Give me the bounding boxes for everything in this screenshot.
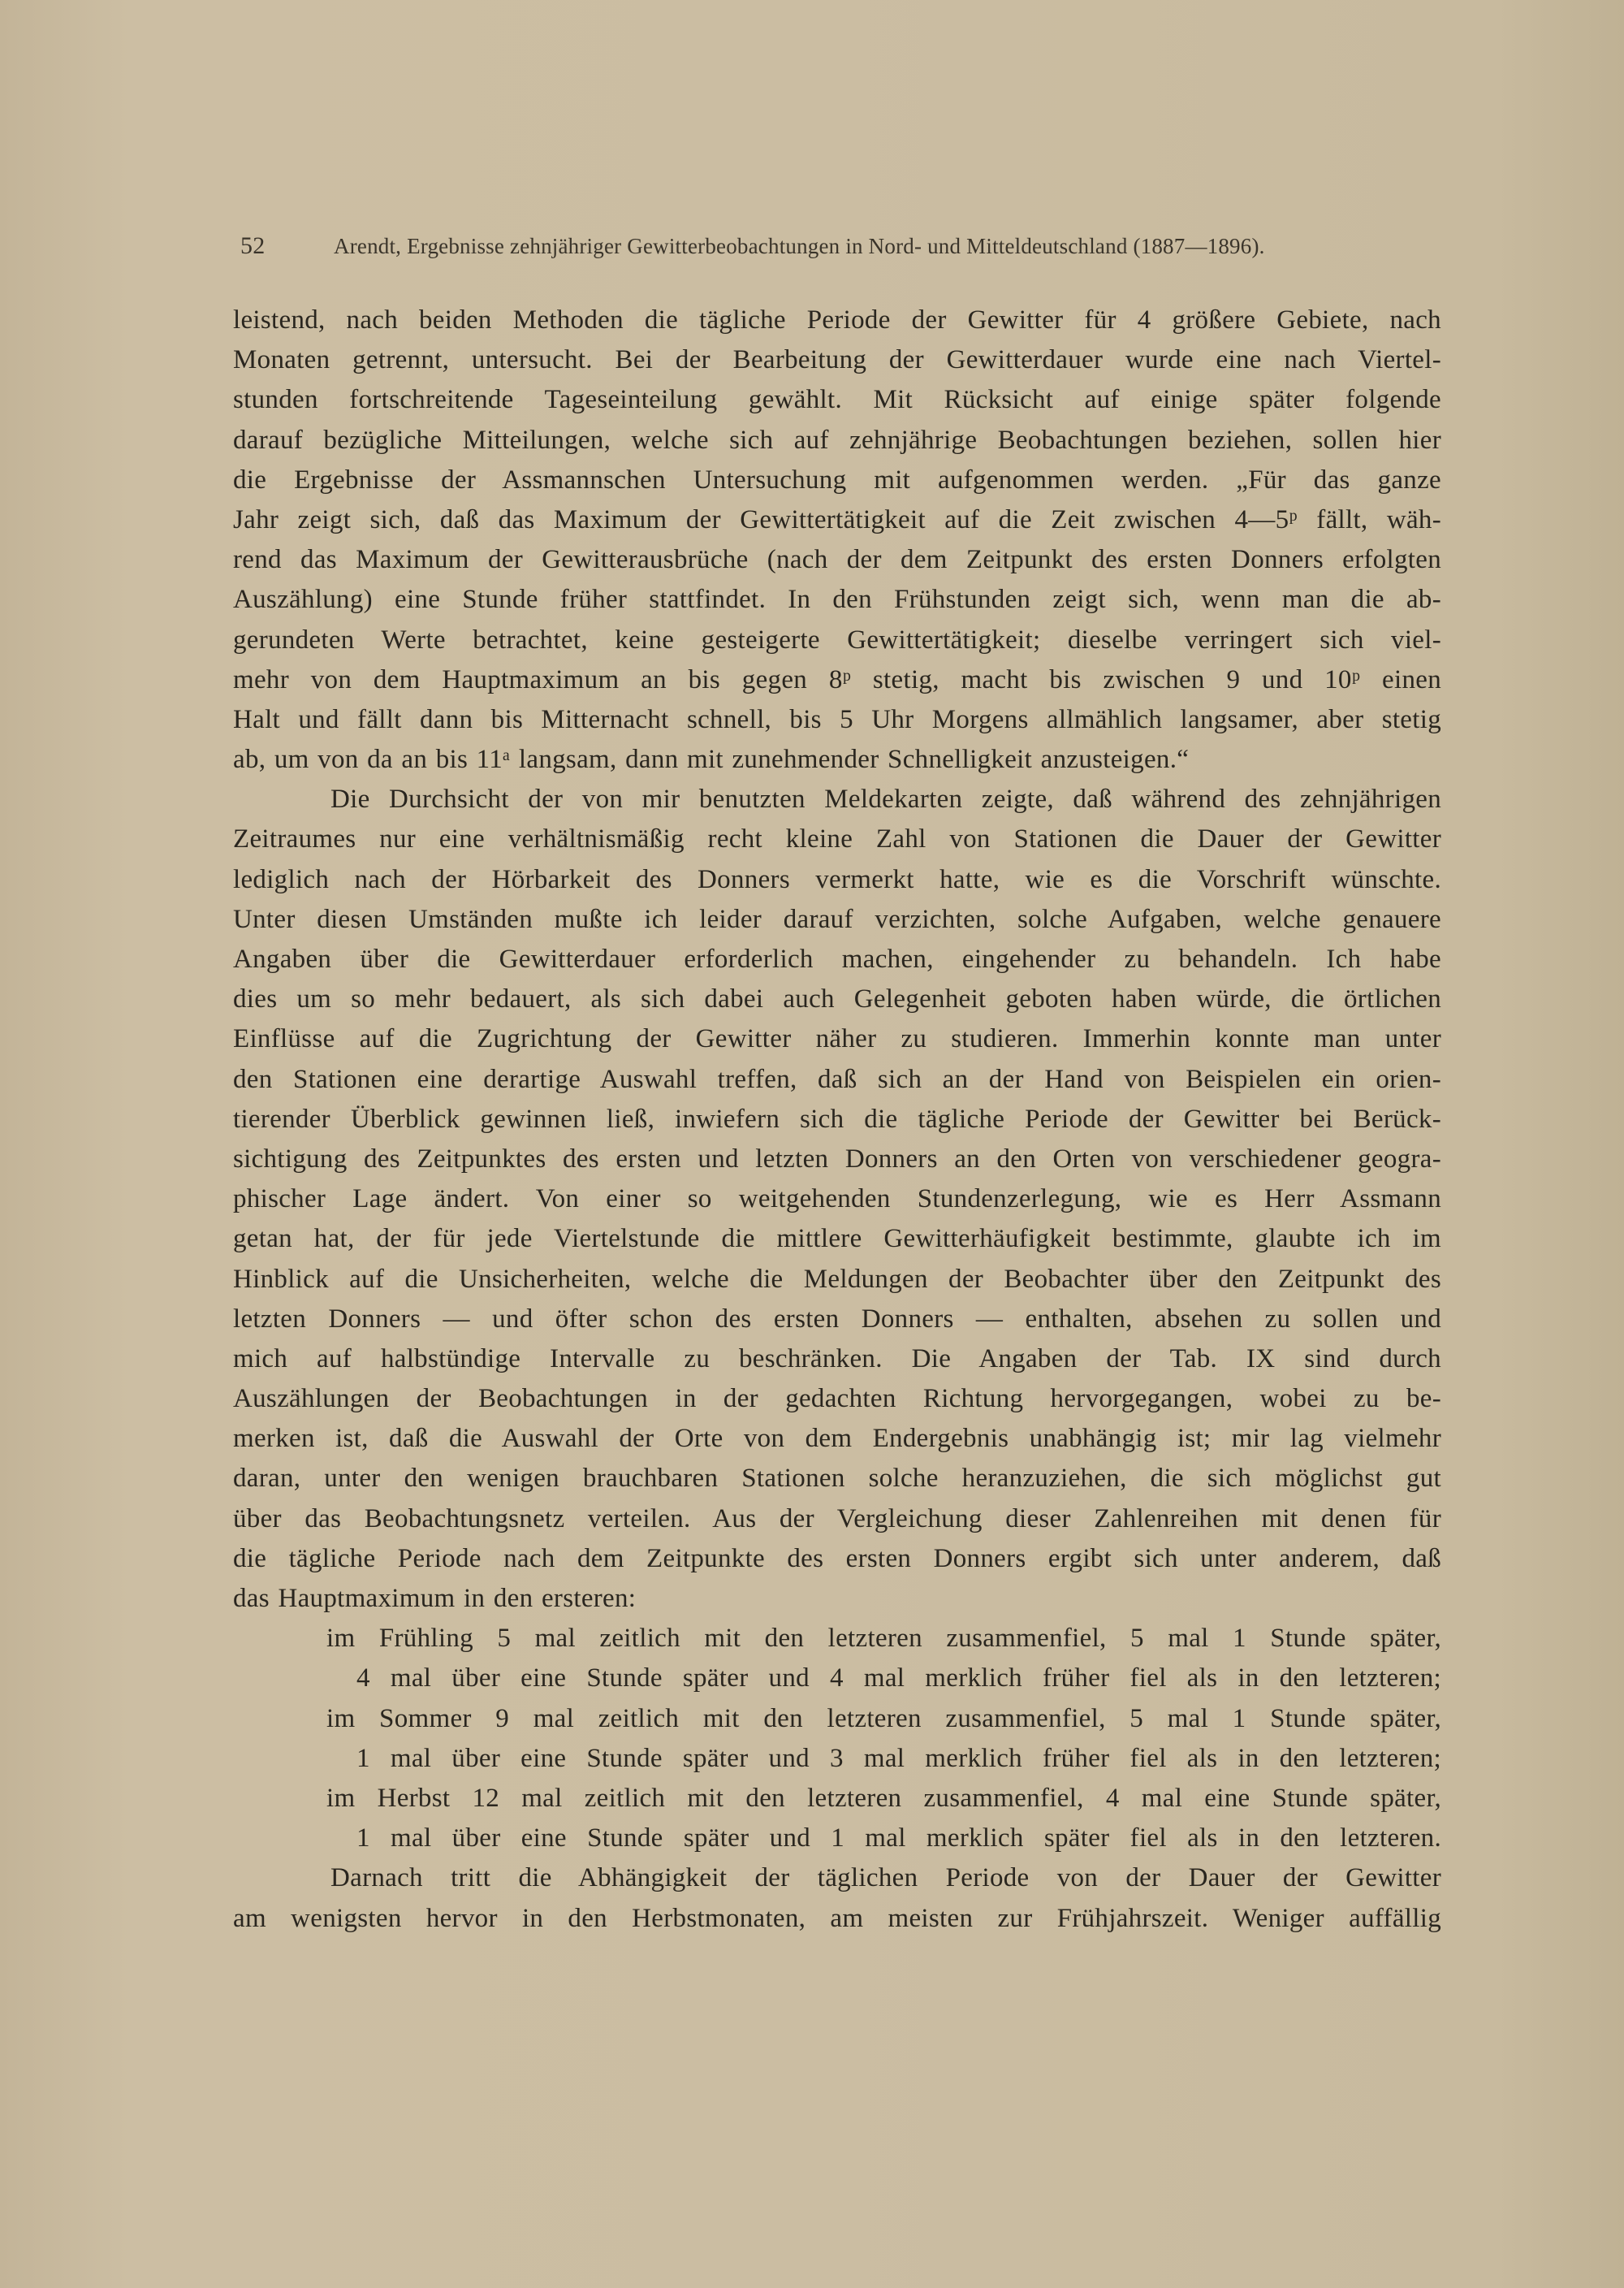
list-item-autumn-cont: 1 mal über eine Stunde später und 1 mal … xyxy=(233,1819,1441,1858)
text-line: getan hat, der für jede Viertelstunde di… xyxy=(233,1219,1441,1259)
list-item-spring: im Frühling 5 mal zeitlich mit den letzt… xyxy=(233,1619,1441,1659)
text-line: Unter diesen Umständen mußte ich leider … xyxy=(233,900,1441,940)
text-line: Halt und fällt dann bis Mitternacht schn… xyxy=(233,700,1441,740)
text-line: sichtigung des Zeitpunktes des ersten un… xyxy=(233,1140,1441,1179)
text-line: Auszählungen der Beobachtungen in der ge… xyxy=(233,1379,1441,1419)
text-line: Zeitraumes nur eine verhältnismäßig rech… xyxy=(233,820,1441,859)
text-line: Angaben über die Gewitterdauer erforderl… xyxy=(233,940,1441,980)
paragraph-start: Darnach tritt die Abhängigkeit der tägli… xyxy=(233,1858,1441,1898)
text-line: letzten Donners — und öfter schon des er… xyxy=(233,1300,1441,1339)
text-line: Jahr zeigt sich, daß das Maximum der Gew… xyxy=(233,500,1441,540)
running-title: Arendt, Ergebnisse zehnjähriger Gewitter… xyxy=(334,234,1265,258)
text-line: daran, unter den wenigen brauchbaren Sta… xyxy=(233,1459,1441,1499)
list-item-autumn: im Herbst 12 mal zeitlich mit den letzte… xyxy=(233,1779,1441,1819)
text-line: ab, um von da an bis 11ᵃ langsam, dann m… xyxy=(233,740,1441,780)
text-line: die Ergebnisse der Assmannschen Untersuc… xyxy=(233,461,1441,500)
body-text: leistend, nach beiden Methoden die tägli… xyxy=(233,301,1441,1939)
text-line: lediglich nach der Hörbarkeit des Donner… xyxy=(233,860,1441,900)
text-line: über das Beobachtungsnetz verteilen. Aus… xyxy=(233,1499,1441,1539)
text-line: gerundeten Werte betrachtet, keine geste… xyxy=(233,621,1441,660)
text-line: merken ist, daß die Auswahl der Orte von… xyxy=(233,1419,1441,1459)
page-number: 52 xyxy=(240,232,334,260)
list-item-summer: im Sommer 9 mal zeitlich mit den letzter… xyxy=(233,1699,1441,1739)
text-line: rend das Maximum der Gewitterausbrüche (… xyxy=(233,540,1441,580)
text-line: die tägliche Periode nach dem Zeitpunkte… xyxy=(233,1539,1441,1579)
list-item-summer-cont: 1 mal über eine Stunde später und 3 mal … xyxy=(233,1739,1441,1779)
text-line: mehr von dem Hauptmaximum an bis gegen 8… xyxy=(233,660,1441,700)
list-item-spring-cont: 4 mal über eine Stunde später und 4 mal … xyxy=(233,1659,1441,1698)
text-line: darauf bezügliche Mitteilungen, welche s… xyxy=(233,421,1441,461)
text-line: mich auf halbstündige Intervalle zu besc… xyxy=(233,1339,1441,1379)
text-line: Auszählung) eine Stunde früher stattfind… xyxy=(233,580,1441,620)
text-line: am wenigsten hervor in den Herbstmonaten… xyxy=(233,1899,1441,1939)
text-line: den Stationen eine derartige Auswahl tre… xyxy=(233,1060,1441,1100)
text-line: tierender Überblick gewinnen ließ, inwie… xyxy=(233,1100,1441,1140)
text-line: leistend, nach beiden Methoden die tägli… xyxy=(233,301,1441,340)
text-line: stunden fortschreitende Tageseinteilung … xyxy=(233,380,1441,420)
text-line: Monaten getrennt, untersucht. Bei der Be… xyxy=(233,340,1441,380)
text-line: Einflüsse auf die Zugrichtung der Gewitt… xyxy=(233,1019,1441,1059)
text-line: das Hauptmaximum in den ersteren: xyxy=(233,1579,1441,1619)
text-line: phischer Lage ändert. Von einer so weitg… xyxy=(233,1179,1441,1219)
scanned-page: 52Arendt, Ergebnisse zehnjähriger Gewitt… xyxy=(0,0,1624,2288)
running-header: 52Arendt, Ergebnisse zehnjähriger Gewitt… xyxy=(240,232,1377,260)
paragraph-start: Die Durchsicht der von mir benutzten Mel… xyxy=(233,780,1441,820)
text-line: Hinblick auf die Unsicherheiten, welche … xyxy=(233,1260,1441,1300)
text-line: dies um so mehr bedauert, als sich dabei… xyxy=(233,980,1441,1019)
